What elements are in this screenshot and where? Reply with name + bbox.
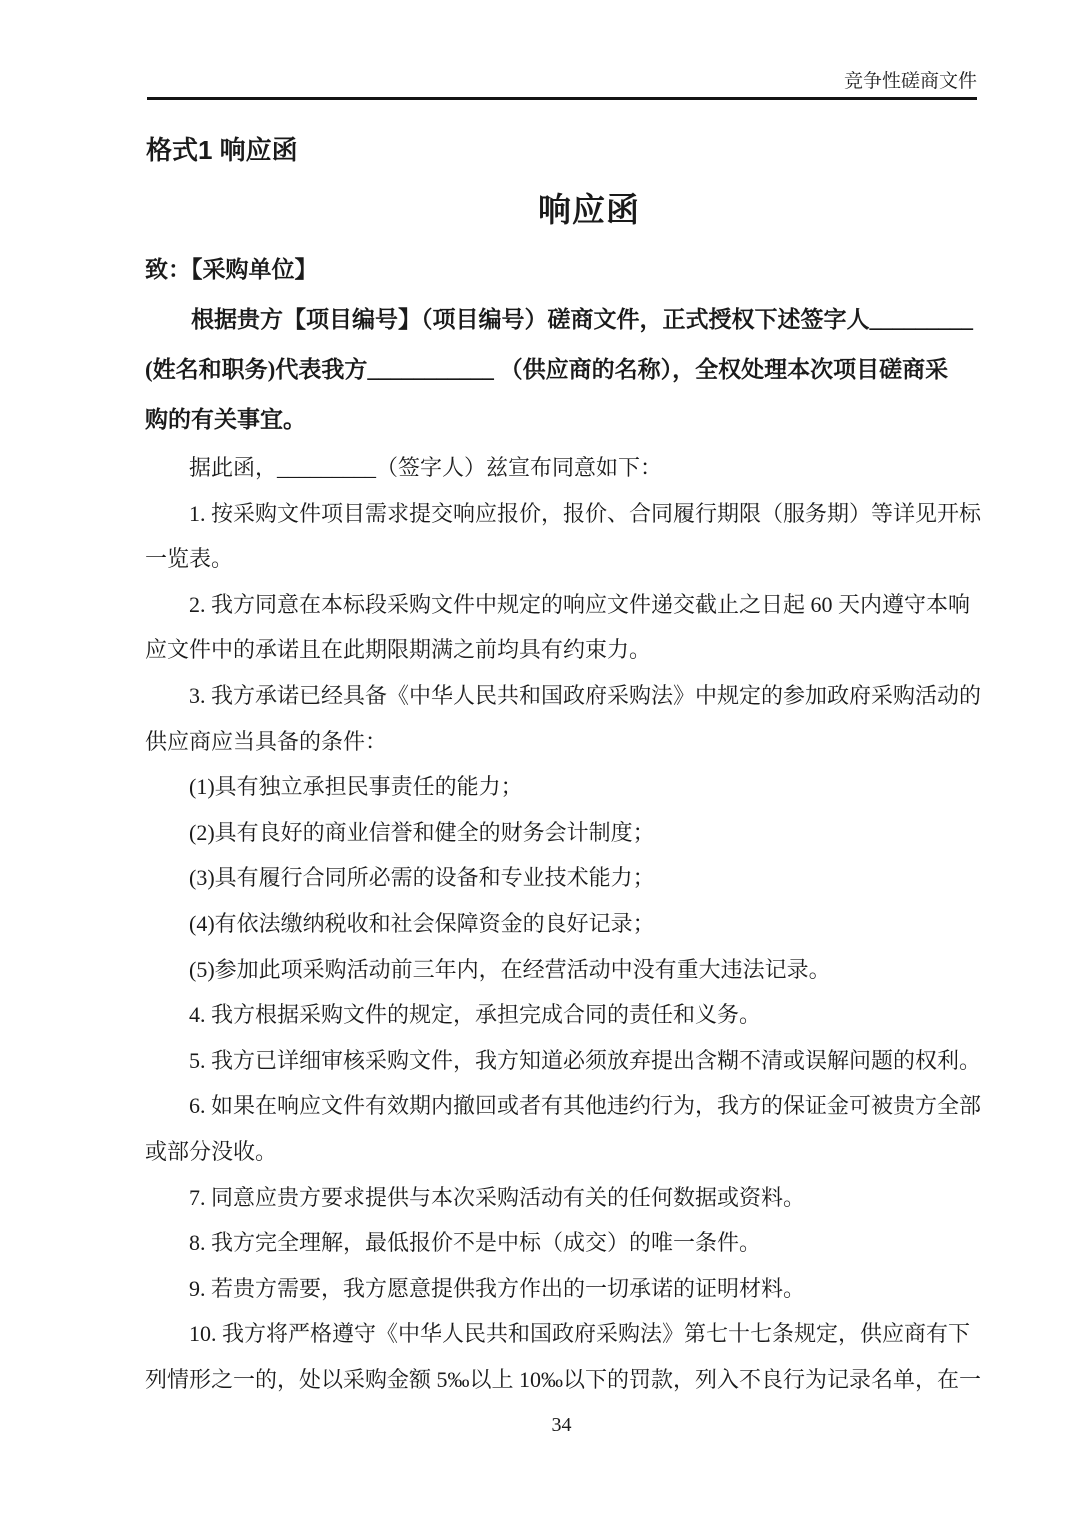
- doc-line: 列情形之一的，处以采购金额 5‰以上 10‰以下的罚款，列入不良行为记录名单，在…: [145, 1357, 980, 1403]
- page-header-label: 竞争性磋商文件: [844, 70, 977, 94]
- doc-line: 8. 我方完全理解，最低报价不是中标（成交）的唯一条件。: [145, 1220, 980, 1266]
- doc-line: 或部分没收。: [145, 1129, 980, 1175]
- doc-line: 7. 同意应贵方要求提供与本次采购活动有关的任何数据或资料。: [145, 1175, 980, 1221]
- doc-line: 根据贵方【项目编号】（项目编号）磋商文件，正式授权下述签字人_________: [145, 295, 980, 345]
- doc-line: 购的有关事宜。: [145, 395, 980, 445]
- doc-body: 致：【采购单位】根据贵方【项目编号】（项目编号）磋商文件，正式授权下述签字人__…: [145, 245, 980, 1402]
- doc-line: 4. 我方根据采购文件的规定，承担完成合同的责任和义务。: [145, 992, 980, 1038]
- doc-line: (4)有依法缴纳税收和社会保障资金的良好记录；: [145, 901, 980, 947]
- doc-line: 3. 我方承诺已经具备《中华人民共和国政府采购法》中规定的参加政府采购活动的: [145, 673, 980, 719]
- doc-line: (姓名和职务)代表我方___________ （供应商的名称），全权处理本次项目…: [145, 345, 980, 395]
- doc-line: 6. 如果在响应文件有效期内撤回或者有其他违约行为，我方的保证金可被贵方全部: [145, 1083, 980, 1129]
- doc-title: 响应函: [538, 191, 640, 229]
- section-heading: 格式1 响应函: [146, 135, 298, 165]
- doc-line: 据此函，_________（签字人）兹宣布同意如下：: [145, 445, 980, 491]
- page-number: 34: [145, 1412, 978, 1438]
- doc-line: 2. 我方同意在本标段采购文件中规定的响应文件递交截止之日起 60 天内遵守本响: [145, 582, 980, 628]
- doc-line: 一览表。: [145, 536, 980, 582]
- document-page: 竞争性磋商文件 格式1 响应函 响应函 致：【采购单位】根据贵方【项目编号】（项…: [0, 0, 1080, 1527]
- doc-line: 5. 我方已详细审核采购文件，我方知道必须放弃提出含糊不清或误解问题的权利。: [145, 1038, 980, 1084]
- doc-line: 应文件中的承诺且在此期限期满之前均具有约束力。: [145, 627, 980, 673]
- doc-line: 致：【采购单位】: [145, 245, 980, 295]
- header-rule: [147, 97, 977, 100]
- doc-line: 9. 若贵方需要，我方愿意提供我方作出的一切承诺的证明材料。: [145, 1266, 980, 1312]
- doc-line: 供应商应当具备的条件：: [145, 719, 980, 765]
- doc-line: (3)具有履行合同所必需的设备和专业技术能力；: [145, 855, 980, 901]
- doc-line: (5)参加此项采购活动前三年内，在经营活动中没有重大违法记录。: [145, 947, 980, 993]
- doc-line: 10. 我方将严格遵守《中华人民共和国政府采购法》第七十七条规定，供应商有下: [145, 1311, 980, 1357]
- doc-line: (2)具有良好的商业信誉和健全的财务会计制度；: [145, 810, 980, 856]
- doc-line: (1)具有独立承担民事责任的能力；: [145, 764, 980, 810]
- doc-line: 1. 按采购文件项目需求提交响应报价，报价、合同履行期限（服务期）等详见开标: [145, 491, 980, 537]
